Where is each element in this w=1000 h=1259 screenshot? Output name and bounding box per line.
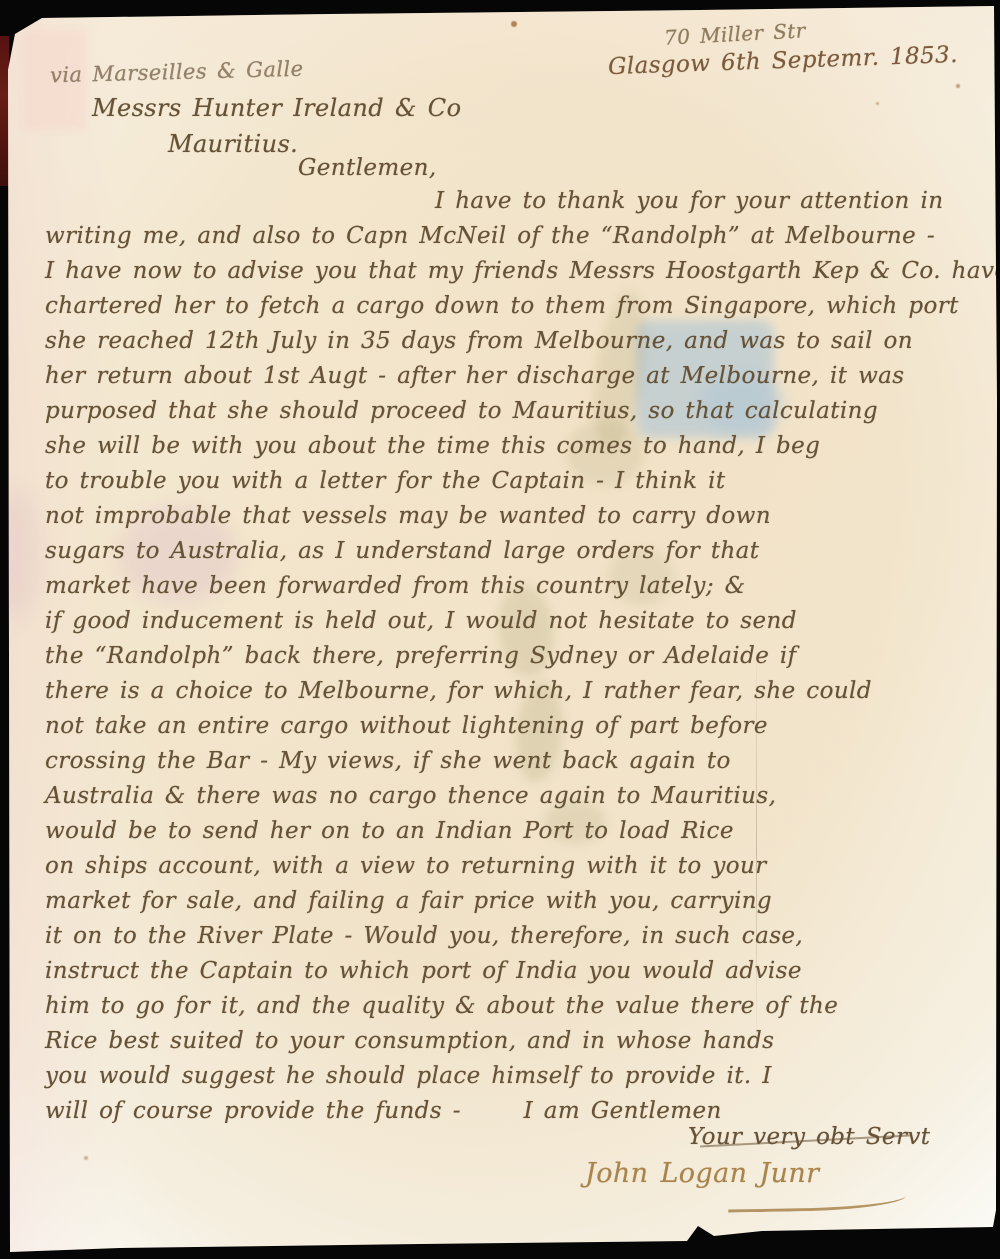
foxing-spot [876,102,879,105]
foxing-spot [511,21,517,27]
letter-line: Australia & there was no cargo thence ag… [45,783,990,818]
letter-line: her return about 1st Augt - after her di… [45,363,990,398]
letter-line: not improbable that vessels may be wante… [45,503,990,538]
route-note: via Marseilles & Galle [50,57,304,88]
letter-line: the “Randolph” back there, preferring Sy… [45,643,990,678]
closing-line: will of course provide the funds - I am … [45,1098,990,1133]
closing-left-text: will of course provide the funds - [45,1098,461,1124]
letter-line: crossing the Bar - My views, if she went… [45,748,990,783]
scan-edge-red-mark [0,36,9,186]
letter-line: Rice best suited to your consumption, an… [45,1028,990,1063]
letter-line: market for sale, and failing a fair pric… [45,888,990,923]
recipient-name: Messrs Hunter Ireland & Co [92,94,461,122]
salutation: Gentlemen, [298,155,437,181]
letter-line: on ships account, with a view to returni… [45,853,990,888]
letter-body-lines: writing me, and also to Capn McNeil of t… [45,223,990,1098]
letter-line: chartered her to fetch a cargo down to t… [45,293,990,328]
letter-line: not take an entire cargo without lighten… [45,713,990,748]
letter-line: him to go for it, and the quality & abou… [45,993,990,1028]
letter-line: there is a choice to Melbourne, for whic… [45,678,990,713]
closing-right-text: I am Gentlemen [524,1098,722,1124]
letter-line: you would suggest he should place himsel… [45,1063,990,1098]
letter-line: she reached 12th July in 35 days from Me… [45,328,990,363]
foxing-spot [956,84,960,88]
letter-line: instruct the Captain to which port of In… [45,958,990,993]
letter-opening-line: I have to thank you for your attention i… [45,188,990,223]
pencil-address-note: 70 Miller Str [663,18,806,49]
letter-body: I have to thank you for your attention i… [45,188,990,1133]
letter-line: to trouble you with a letter for the Cap… [45,468,990,503]
letter-line: sugars to Australia, as I understand lar… [45,538,990,573]
letter-line: I have now to advise you that my friends… [45,258,990,293]
foxing-spot [84,1156,88,1160]
letter-line: market have been forwarded from this cou… [45,573,990,608]
letter-line: writing me, and also to Capn McNeil of t… [45,223,990,258]
letter-line: purposed that she should proceed to Maur… [45,398,990,433]
recipient-place: Mauritius. [168,130,298,158]
letter-line: it on to the River Plate - Would you, th… [45,923,990,958]
signature-flourish [728,1190,906,1212]
letter-line: would be to send her on to an Indian Por… [45,818,990,853]
signature: John Logan Junr [585,1158,820,1189]
letter-line: she will be with you about the time this… [45,433,990,468]
dateline: Glasgow 6th Septemr. 1853. [608,42,959,80]
letter-paper: 70 Miller Str Glasgow 6th Septemr. 1853.… [0,0,1000,1259]
letter-line: if good inducement is held out, I would … [45,608,990,643]
